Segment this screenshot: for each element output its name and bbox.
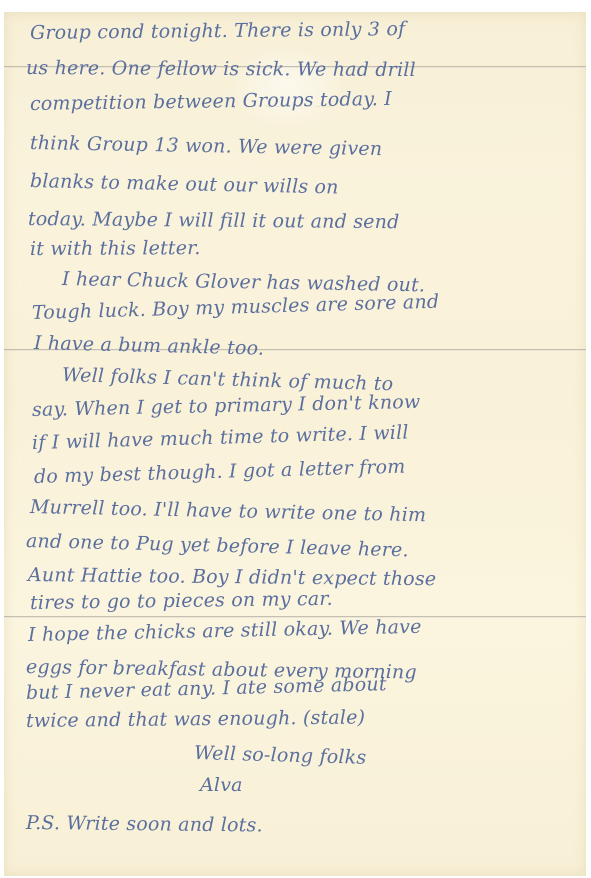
- letter-page: — — — — — — — Group cond tonight. There …: [4, 12, 586, 876]
- letter-line: tires to go to pieces on my car.: [30, 588, 333, 614]
- letter-line: Well folks I can't think of much to: [62, 364, 394, 395]
- postscript: P.S. Write soon and lots.: [26, 812, 263, 836]
- letter-line: say. When I get to primary I don't know: [32, 391, 421, 421]
- letter-line: and one to Pug yet before I leave here.: [26, 530, 409, 561]
- letter-line: Tough luck. Boy my muscles are sore and: [32, 291, 440, 324]
- letter-line: twice and that was enough. (stale): [26, 706, 365, 732]
- letter-line: today. Maybe I will fill it out and send: [28, 208, 400, 233]
- letter-line: I have a bum ankle too.: [34, 332, 265, 360]
- letter-line: Murrell too. I'll have to write one to h…: [30, 496, 427, 526]
- signature: Alva: [200, 774, 243, 796]
- letter-line: Group cond tonight. There is only 3 of: [30, 18, 405, 44]
- letter-line: blanks to make out our wills on: [30, 170, 339, 198]
- letter-line: us here. One fellow is sick. We had dril…: [26, 57, 416, 81]
- letter-line: Aunt Hattie too. Boy I didn't expect tho…: [28, 564, 437, 590]
- closing-line: Well so-long folks: [194, 742, 367, 769]
- letter-line: think Group 13 won. We were given: [30, 132, 383, 160]
- letter-line: I hope the chicks are still okay. We hav…: [28, 616, 422, 646]
- letter-line: it with this letter.: [30, 237, 201, 260]
- letter-line: if I will have much time to write. I wil…: [32, 421, 409, 454]
- letter-line: do my best though. I got a letter from: [34, 456, 406, 488]
